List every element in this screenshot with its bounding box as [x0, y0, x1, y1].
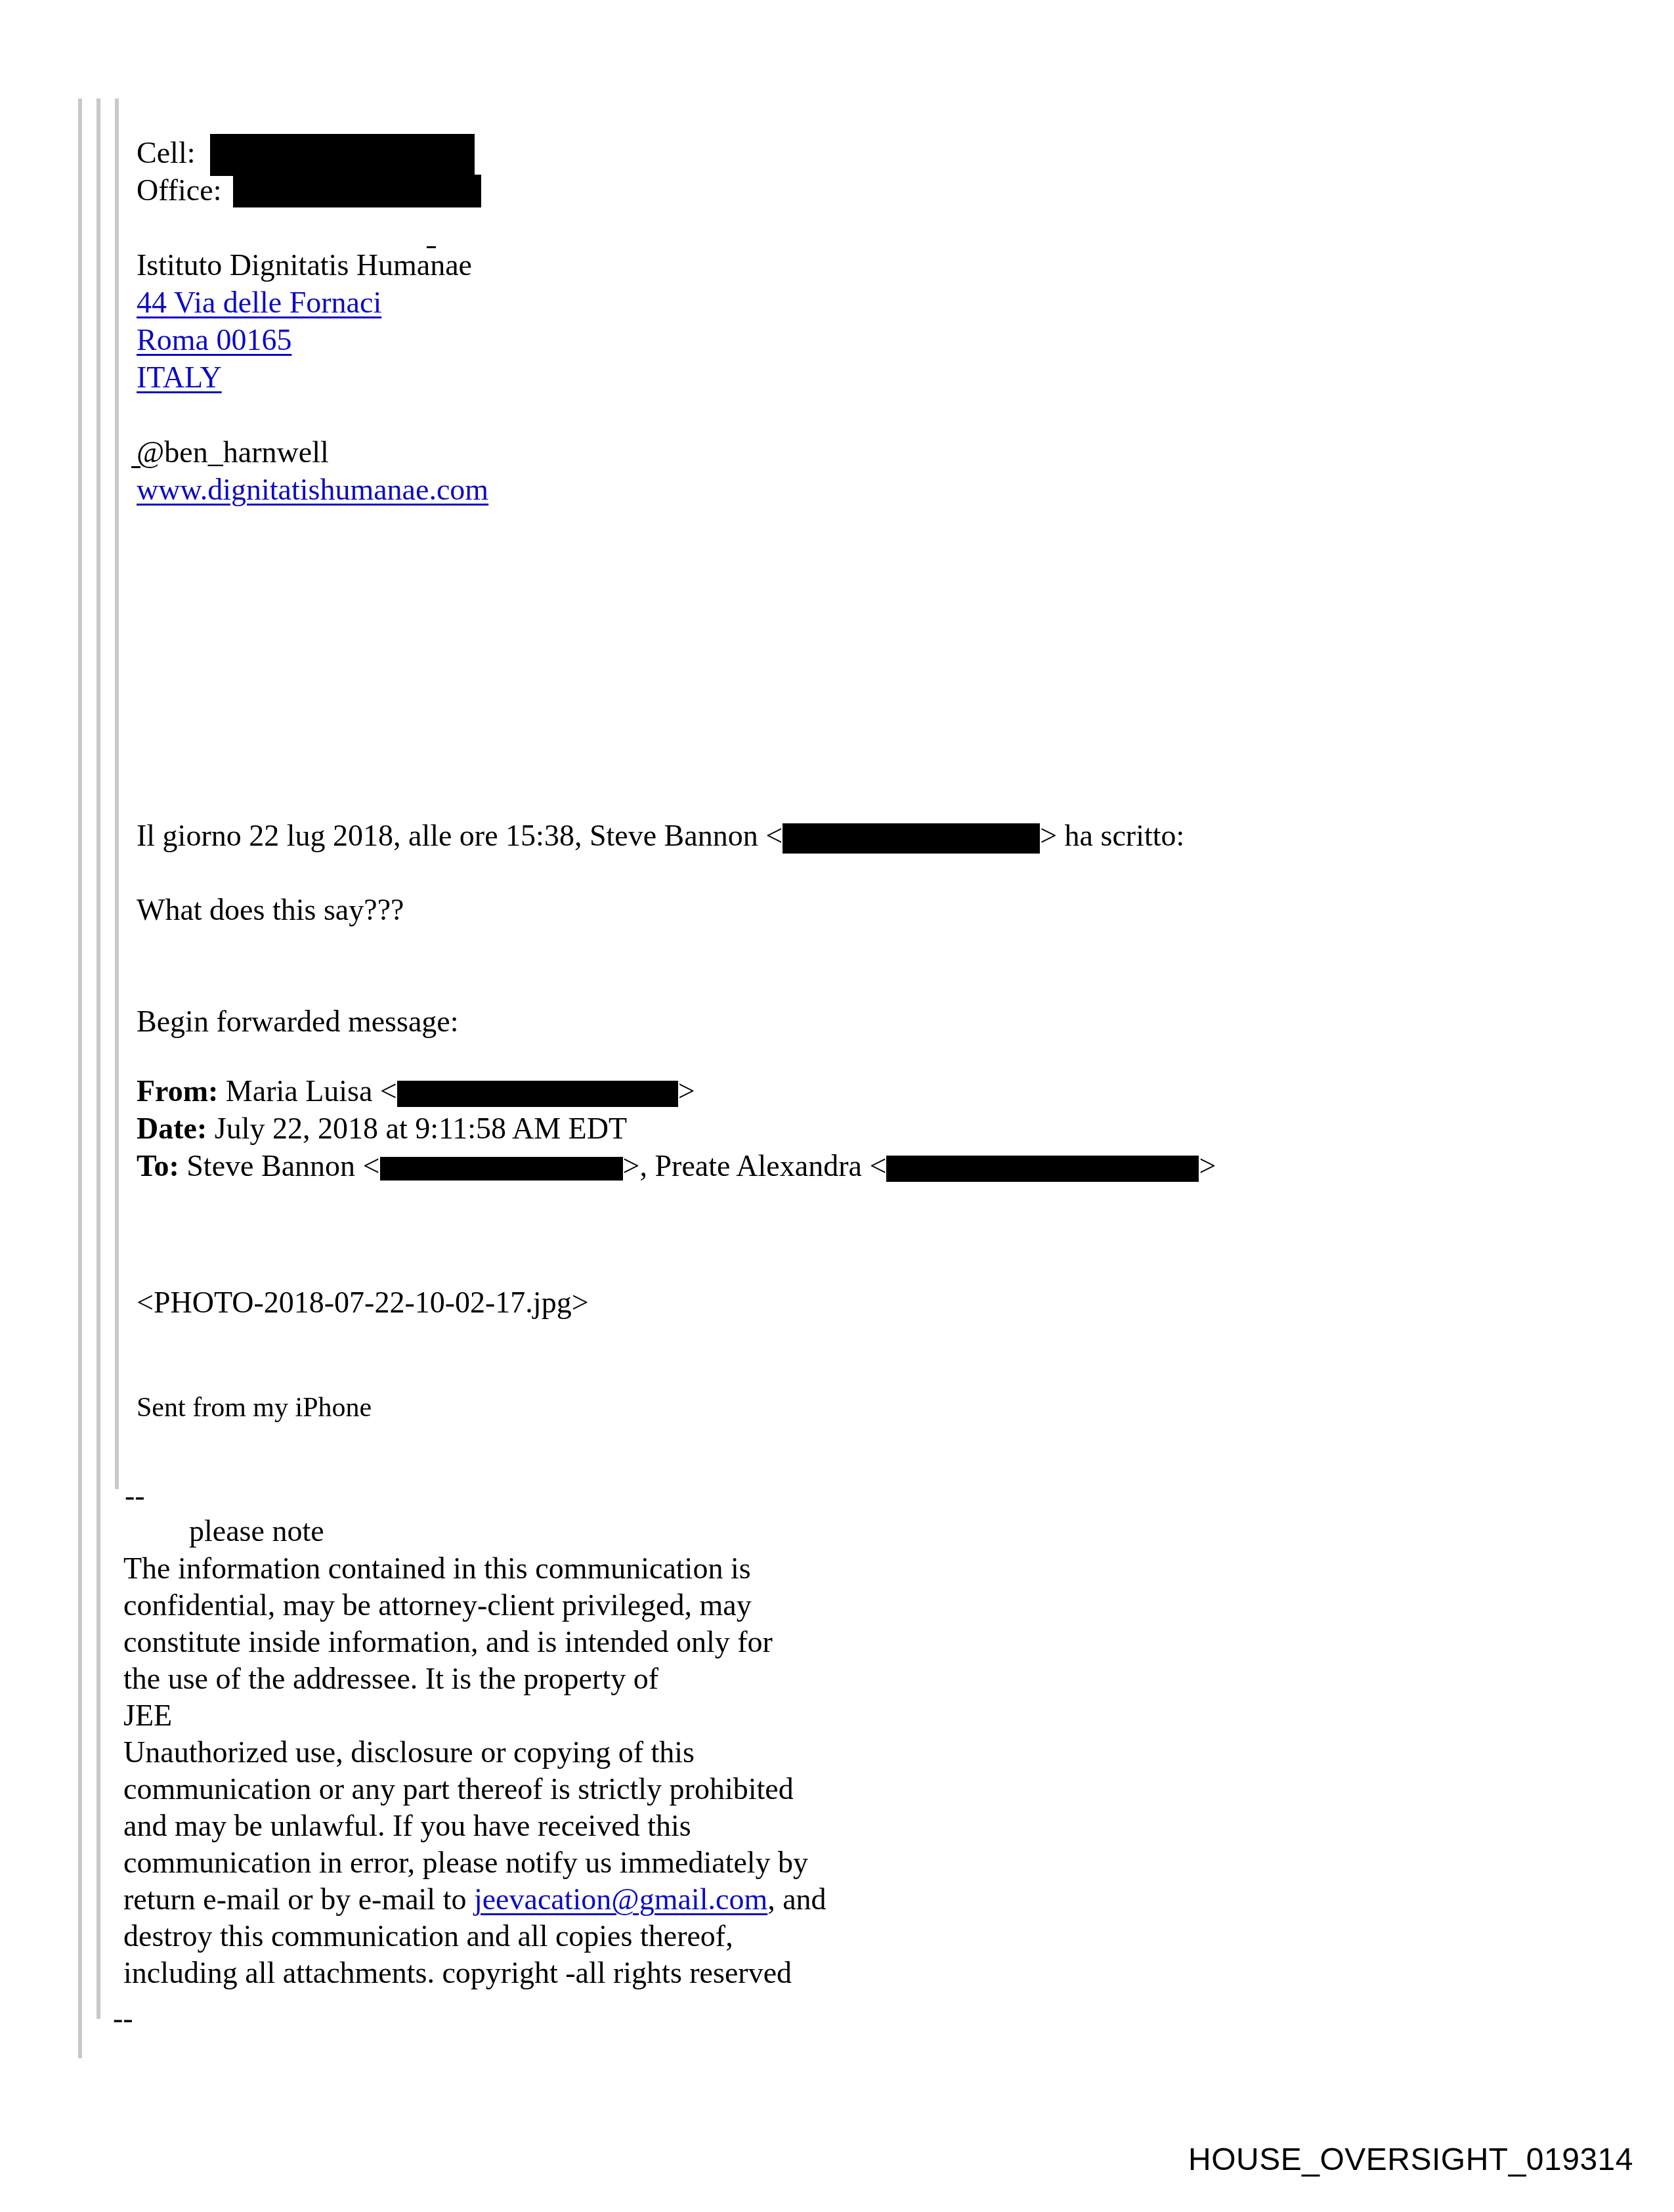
disclaimer-line: the use of the addressee. It is the prop…	[123, 1660, 826, 1697]
address-country-link[interactable]: ITALY	[137, 359, 222, 396]
disclaimer-body: The information contained in this commun…	[123, 1550, 826, 1991]
sent-from-signoff: Sent from my iPhone	[137, 1389, 372, 1426]
contact-email-link[interactable]: jeevacation@gmail.com	[474, 1882, 767, 1916]
disclaimer-line: and may be unlawful. If you have receive…	[123, 1808, 826, 1844]
forwarded-from: From: Maria Luisa <>	[137, 1073, 695, 1110]
handle-underscore-mark	[131, 466, 140, 468]
cell-line: Cell:	[137, 135, 195, 171]
to-suffix: >	[1199, 1149, 1216, 1182]
disclaimer-heading: please note	[189, 1513, 324, 1550]
reply-header-suffix: > ha scritto:	[1040, 819, 1184, 852]
office-label: Office:	[137, 173, 221, 207]
twitter-handle: @ben_harnwell	[137, 434, 329, 471]
to-label: To:	[137, 1149, 179, 1182]
email-line-prefix: return e-mail or by e-mail to	[123, 1882, 474, 1916]
disclaimer-line: JEE	[123, 1697, 826, 1734]
quote-bar-inner	[115, 98, 119, 1489]
separator-top: --	[125, 1477, 145, 1514]
separator-bottom: --	[113, 2000, 133, 2037]
disclaimer-email-line: return e-mail or by e-mail to jeevacatio…	[123, 1881, 826, 1918]
redacted-cell-number	[210, 134, 475, 176]
disclaimer-line: including all attachments. copyright -al…	[123, 1955, 826, 1991]
bates-number: HOUSE_OVERSIGHT_019314	[1188, 2142, 1633, 2178]
redacted-office-number	[233, 175, 481, 207]
quote-bar-middle	[97, 98, 100, 2019]
disclaimer-line: communication in error, please notify us…	[123, 1844, 826, 1881]
from-suffix: >	[678, 1074, 695, 1108]
disclaimer-line: communication or any part thereof is str…	[123, 1771, 826, 1808]
from-label: From:	[137, 1074, 218, 1108]
to-value-1: Steve Bannon <	[179, 1149, 380, 1182]
from-value: Maria Luisa <	[218, 1074, 397, 1108]
address-city-link[interactable]: Roma 00165	[137, 322, 291, 358]
redacted-to-email-2	[886, 1156, 1199, 1182]
redacted-sender-email	[783, 823, 1040, 854]
disclaimer-line: confidential, may be attorney-client pri…	[123, 1587, 826, 1624]
to-value-2: >, Preate Alexandra <	[623, 1149, 887, 1182]
redacted-to-email-1	[380, 1157, 623, 1181]
address-street-link[interactable]: 44 Via delle Fornaci	[137, 284, 381, 321]
disclaimer-line: destroy this communication and all copie…	[123, 1918, 826, 1955]
reply-header: Il giorno 22 lug 2018, alle ore 15:38, S…	[137, 817, 1184, 854]
office-line: Office:	[137, 172, 221, 209]
forwarded-intro: Begin forwarded message:	[137, 1003, 459, 1040]
disclaimer-line: The information contained in this commun…	[123, 1550, 826, 1587]
forwarded-date: Date: July 22, 2018 at 9:11:58 AM EDT	[137, 1110, 627, 1147]
website-link[interactable]: www.dignitatishumanae.com	[137, 471, 488, 508]
disclaimer-line: constitute inside information, and is in…	[123, 1624, 826, 1660]
redacted-from-email	[397, 1081, 678, 1107]
date-label: Date:	[137, 1112, 207, 1145]
email-line-suffix: , and	[767, 1882, 826, 1916]
attachment-name[interactable]: <PHOTO-2018-07-22-10-02-17.jpg>	[137, 1284, 589, 1321]
reply-header-prefix: Il giorno 22 lug 2018, alle ore 15:38, S…	[137, 819, 783, 852]
cell-label: Cell:	[137, 136, 195, 169]
date-value: July 22, 2018 at 9:11:58 AM EDT	[207, 1112, 627, 1145]
forwarded-to: To: Steve Bannon <>, Preate Alexandra <>	[137, 1148, 1216, 1184]
disclaimer-line: Unauthorized use, disclosure or copying …	[123, 1734, 826, 1771]
organization-name: Istituto Dignitatis Humanae	[137, 247, 472, 284]
reply-body: What does this say???	[137, 892, 404, 928]
quote-bar-outer	[78, 98, 82, 2058]
